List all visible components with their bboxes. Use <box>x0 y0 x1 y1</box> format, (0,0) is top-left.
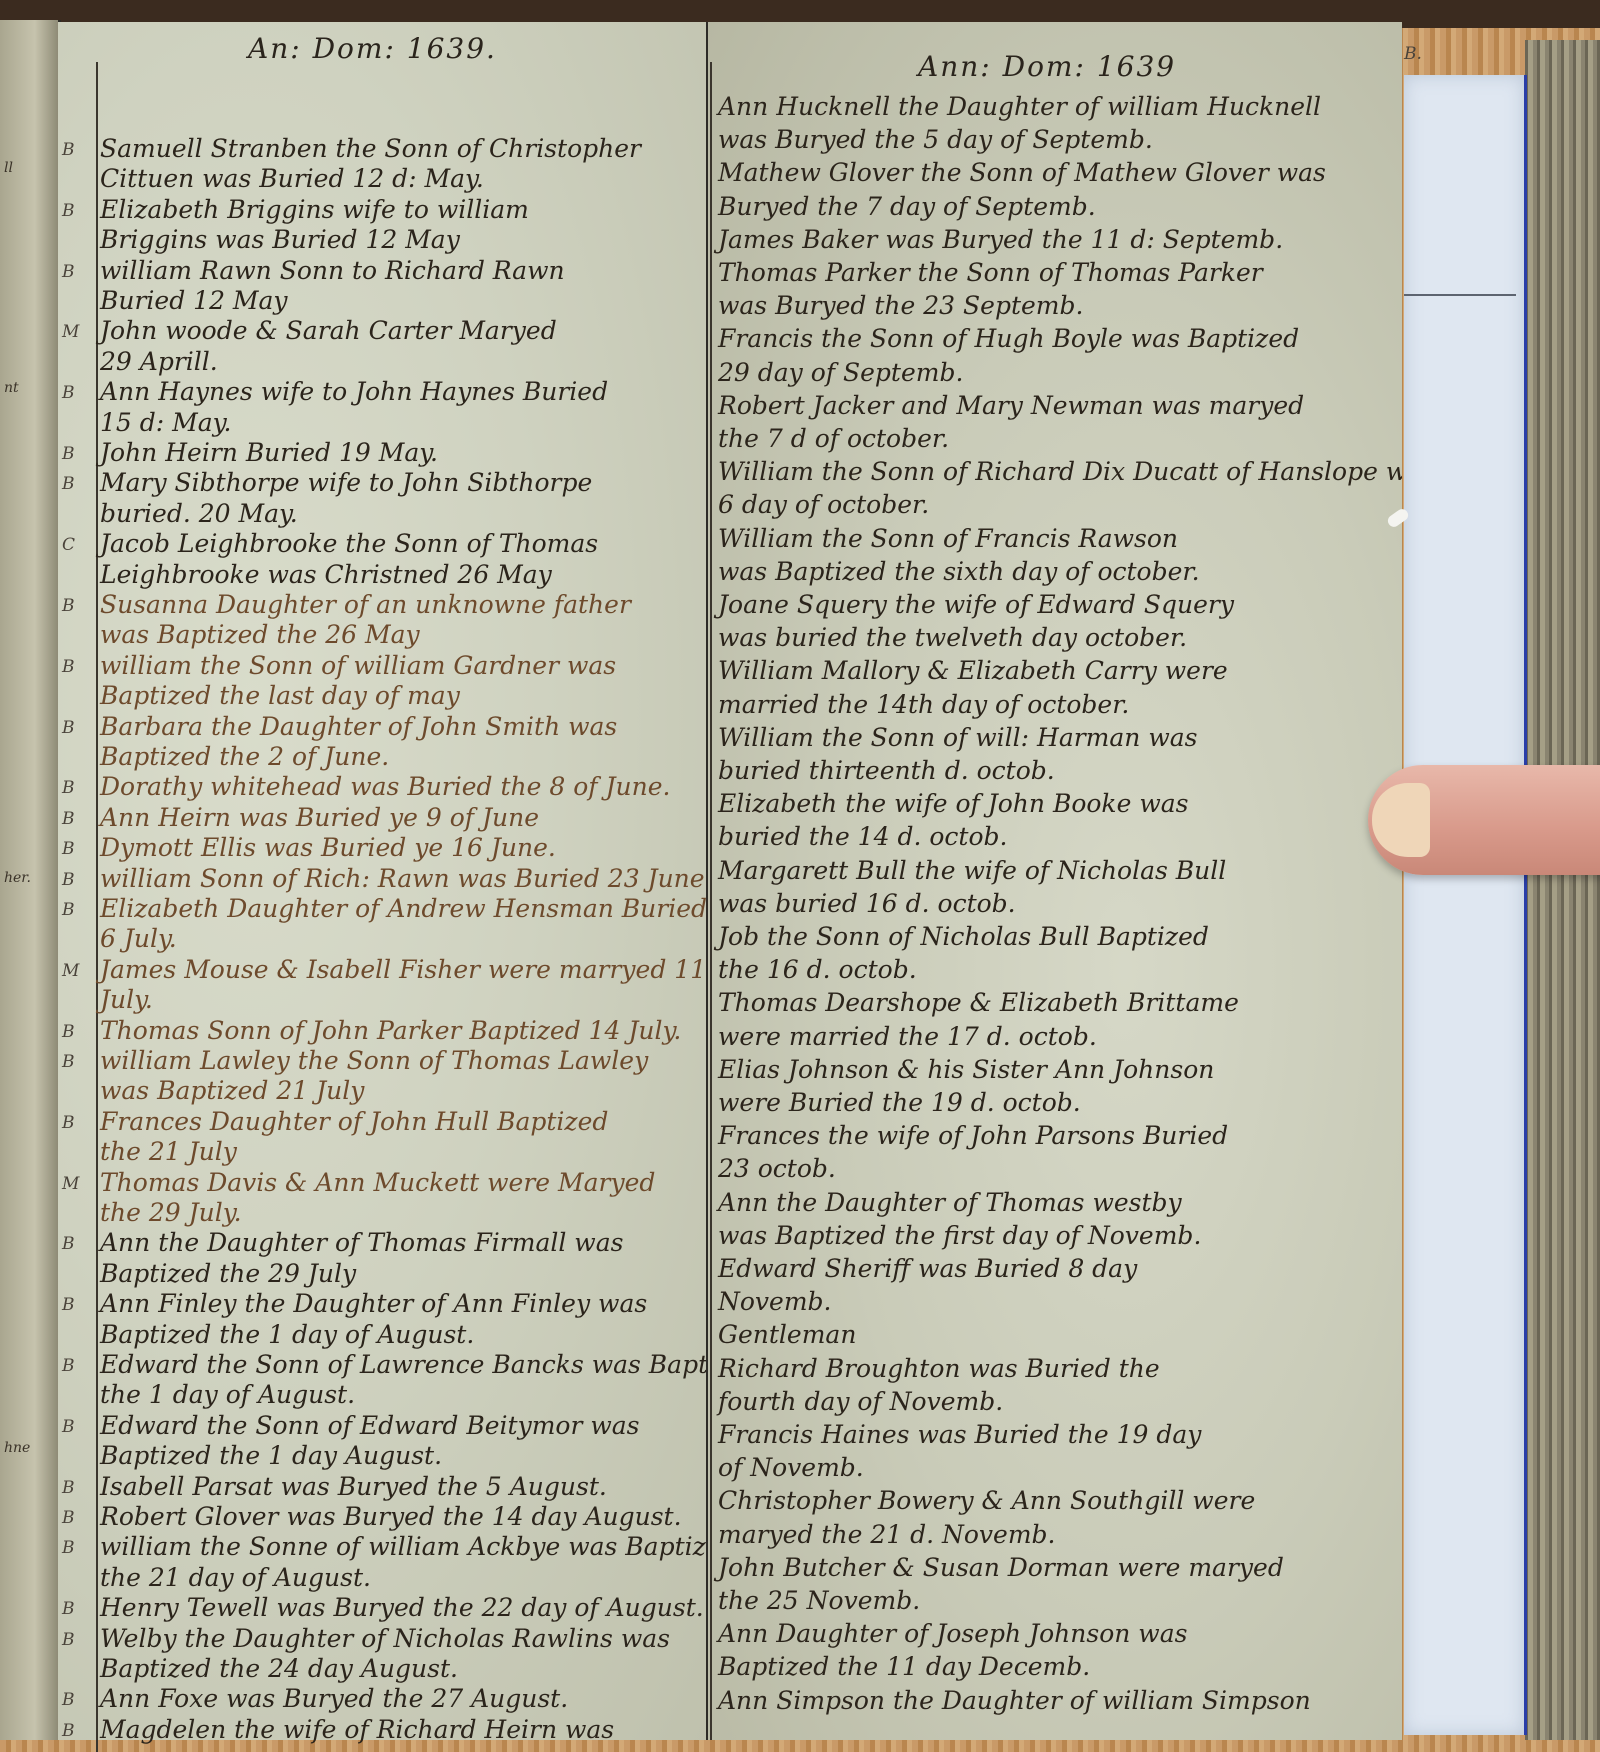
entry-type-mark: B <box>62 140 75 160</box>
entry-type-mark: B <box>62 839 75 859</box>
entry-text: 6 day of october. <box>718 490 929 519</box>
entry-text: Thomas Parker the Sonn of Thomas Parker <box>718 258 1263 287</box>
entry-type-mark: B <box>62 1630 75 1650</box>
entry-text: were married the 17 d. octob. <box>718 1022 1097 1051</box>
entry-text: Ann Foxe was Buryed the 27 August. <box>100 1684 568 1713</box>
entry-text: the 21 July <box>100 1137 237 1166</box>
entry-text: the 16 d. octob. <box>718 955 917 984</box>
entry-text: William Mallory & Elizabeth Carry were <box>718 656 1228 685</box>
entry-text: Thomas Dearshope & Elizabeth Brittame <box>718 988 1239 1017</box>
entry-text: were Buried the 19 d. octob. <box>718 1088 1081 1117</box>
entry-text: Ann the Daughter of Thomas Firmall was <box>100 1228 623 1257</box>
entry-text: Isabell Parsat was Buryed the 5 August. <box>100 1472 607 1501</box>
entry-type-mark: B <box>62 1356 75 1376</box>
previous-page-edge: ll nt her. hne <box>0 20 61 1740</box>
entry-text: Baptized the 2 of June. <box>100 742 389 771</box>
entry-text: of Novemb. <box>718 1453 864 1482</box>
entry-text: 6 July. <box>100 924 177 953</box>
entry-text: married the 14th day of october. <box>718 690 1129 719</box>
entry-text: Buried 12 May <box>100 286 288 315</box>
entry-text: 29 day of Septemb. <box>718 358 963 387</box>
entry-text: Baptized the 11 day Decemb. <box>718 1652 1090 1681</box>
entry-text: Dorathy whitehead was Buried the 8 of Ju… <box>100 772 670 801</box>
entry-text: Barbara the Daughter of John Smith was <box>100 712 617 741</box>
entry-text: Baptized the last day of may <box>100 681 460 710</box>
entry-text: was Baptized the sixth day of october. <box>718 557 1200 586</box>
entry-text: was Baptized 21 July <box>100 1076 364 1105</box>
right-page-header: Ann: Dom: 1639 <box>918 50 1176 83</box>
entry-type-mark: B <box>62 1295 75 1315</box>
entry-type-mark: B <box>62 1690 75 1710</box>
leaf-fragment: ll <box>4 160 13 176</box>
leaf-fragment: hne <box>4 1440 30 1456</box>
entry-text: fourth day of Novemb. <box>718 1387 1003 1416</box>
entry-text: Ann Hucknell the Daughter of william Huc… <box>718 92 1321 121</box>
entry-text: Novemb. <box>718 1287 832 1316</box>
entry-text: was Buryed the 5 day of Septemb. <box>718 125 1153 154</box>
entry-text: maryed the 21 d. Novemb. <box>718 1520 1055 1549</box>
entry-text: Ann Daughter of Joseph Johnson was <box>718 1619 1187 1648</box>
entry-text: Ann Heirn was Buried ye 9 of June <box>100 803 539 832</box>
entry-type-mark: M <box>62 1174 79 1194</box>
right-page: Ann: Dom: 1639 BAnn Hucknell the Daughte… <box>708 22 1402 1740</box>
entry-text: Mary Sibthorpe wife to John Sibthorpe <box>100 468 592 497</box>
entry-text: Baptized the 29 July <box>100 1259 356 1288</box>
entry-text: Thomas Sonn of John Parker Baptized 14 J… <box>100 1016 681 1045</box>
entry-text: Susanna Daughter of an unknowne father <box>100 590 631 619</box>
entry-type-mark: B <box>62 657 75 677</box>
margin-rule <box>96 62 98 1752</box>
entry-text: Christopher Bowery & Ann Southgill were <box>718 1486 1255 1515</box>
fingernail <box>1372 783 1430 857</box>
entry-text: william the Sonn of william Gardner was <box>100 651 616 680</box>
entry-text: Francis the Sonn of Hugh Boyle was Bapti… <box>718 324 1299 353</box>
entry-type-mark: B <box>62 474 75 494</box>
entry-text: Elizabeth the wife of John Booke was <box>718 789 1188 818</box>
entry-type-mark: B <box>62 718 75 738</box>
entry-text: the 25 Novemb. <box>718 1586 920 1615</box>
entry-text: was Baptized the 26 May <box>100 620 420 649</box>
entry-text: buried the 14 d. octob. <box>718 822 1007 851</box>
entry-text: Margarett Bull the wife of Nicholas Bull <box>718 856 1226 885</box>
page-fore-edge <box>1525 40 1600 1740</box>
entry-text: the 7 d of october. <box>718 424 949 453</box>
entry-text: buried thirteenth d. octob. <box>718 756 1055 785</box>
entry-text: Francis Haines was Buried the 19 day <box>718 1420 1201 1449</box>
entry-text: the 29 July. <box>100 1198 242 1227</box>
entry-text: william Lawley the Sonn of Thomas Lawley <box>100 1046 648 1075</box>
entry-type-mark: B <box>62 1508 75 1528</box>
entry-type-mark: B <box>62 1478 75 1498</box>
entry-type-mark: C <box>62 535 75 555</box>
entry-text: Thomas Davis & Ann Muckett were Maryed <box>100 1168 655 1197</box>
entry-type-mark: B <box>62 1721 75 1741</box>
margin-rule <box>710 62 712 1752</box>
entry-text: Frances Daughter of John Hull Baptized <box>100 1107 608 1136</box>
entry-text: July. <box>100 985 153 1014</box>
entry-text: William the Sonn of Francis Rawson <box>718 524 1178 553</box>
entry-text: the 1 day of August. <box>100 1380 355 1409</box>
entry-type-mark: B <box>62 1417 75 1437</box>
left-page: An: Dom: 1639. BSamuell Stranben the Son… <box>58 22 708 1740</box>
entry-text: Samuell Stranben the Sonn of Christopher <box>100 134 641 163</box>
entry-text: was Baptized the first day of Novemb. <box>718 1221 1201 1250</box>
entry-type-mark: B <box>62 1022 75 1042</box>
entry-text: the 21 day of August. <box>100 1563 371 1592</box>
entry-text: Gentleman <box>718 1320 856 1349</box>
entry-text: James Baker was Buryed the 11 d: Septemb… <box>718 225 1283 254</box>
entry-text: Jacob Leighbrooke the Sonn of Thomas <box>100 529 598 558</box>
entry-text: Welby the Daughter of Nicholas Rawlins w… <box>100 1624 670 1653</box>
leaf-fragment: nt <box>4 380 19 396</box>
margin-mark: B. <box>1404 44 1422 64</box>
pointing-finger <box>1368 765 1600 875</box>
entry-text: John woode & Sarah Carter Maryed <box>100 316 557 345</box>
entry-text: Baptized the 1 day of August. <box>100 1320 474 1349</box>
entry-text: John Heirn Buried 19 May. <box>100 438 438 467</box>
entry-text: Elizabeth Daughter of Andrew Hensman Bur… <box>100 894 707 923</box>
entry-type-mark: B <box>62 778 75 798</box>
entry-text: Elizabeth Briggins wife to william <box>100 195 529 224</box>
entry-text: william Rawn Sonn to Richard Rawn <box>100 256 565 285</box>
entry-text: Baptized the 24 day August. <box>100 1654 458 1683</box>
entry-text: Frances the wife of John Parsons Buried <box>718 1121 1228 1150</box>
entry-text: 23 octob. <box>718 1154 836 1183</box>
entry-text: was Buryed the 23 Septemb. <box>718 291 1083 320</box>
entry-text: Baptized the 1 day August. <box>100 1441 442 1470</box>
entry-text: Richard Broughton was Buried the <box>718 1354 1160 1383</box>
left-page-header: An: Dom: 1639. <box>248 32 497 65</box>
entry-text: Ann Haynes wife to John Haynes Buried <box>100 377 608 406</box>
entry-text: 29 Aprill. <box>100 347 218 376</box>
entry-text: william the Sonne of william Ackbye was … <box>100 1532 737 1561</box>
entry-type-mark: B <box>62 444 75 464</box>
entry-text: Joane Squery the wife of Edward Squery <box>718 590 1234 619</box>
entry-text: Henry Tewell was Buryed the 22 day of Au… <box>100 1593 704 1622</box>
entry-text: Edward Sheriff was Buried 8 day <box>718 1254 1137 1283</box>
entry-text: Robert Glover was Buryed the 14 day Augu… <box>100 1502 682 1531</box>
entry-text: John Butcher & Susan Dorman were maryed <box>718 1553 1284 1582</box>
paper-bookmark-slip <box>1404 75 1527 1735</box>
entry-type-mark: B <box>62 870 75 890</box>
entry-type-mark: B <box>62 383 75 403</box>
entry-text: James Mouse & Isabell Fisher were marrye… <box>100 955 706 984</box>
entry-type-mark: B <box>62 1113 75 1133</box>
entry-text: Elias Johnson & his Sister Ann Johnson <box>718 1055 1214 1084</box>
entry-type-mark: B <box>62 201 75 221</box>
entry-text: buried. 20 May. <box>100 499 298 528</box>
entry-type-mark: B <box>62 809 75 829</box>
entry-text: Mathew Glover the Sonn of Mathew Glover … <box>718 158 1326 187</box>
entry-text: Job the Sonn of Nicholas Bull Baptized <box>718 922 1209 951</box>
entry-text: Ann the Daughter of Thomas westby <box>718 1188 1182 1217</box>
entry-text: Briggins was Buried 12 May <box>100 225 460 254</box>
entry-type-mark: M <box>62 961 79 981</box>
entry-type-mark: M <box>62 322 79 342</box>
entry-type-mark: B <box>62 1599 75 1619</box>
entry-type-mark: B <box>62 1234 75 1254</box>
entry-type-mark: B <box>62 1538 75 1558</box>
entry-text: Buryed the 7 day of Septemb. <box>718 192 1096 221</box>
entry-text: Leighbrooke was Christned 26 May <box>100 560 552 589</box>
entry-text: Dymott Ellis was Buried ye 16 June. <box>100 833 556 862</box>
entry-text: was buried 16 d. octob. <box>718 889 1016 918</box>
entry-text: Cittuen was Buried 12 d: May. <box>100 164 484 193</box>
leaf-fragment: her. <box>4 870 31 886</box>
entry-text: 15 d: May. <box>100 408 231 437</box>
entry-text: Robert Jacker and Mary Newman was maryed <box>718 391 1304 420</box>
bookmark-fold-line <box>1404 294 1516 296</box>
entry-text: Edward the Sonn of Lawrence Bancks was B… <box>100 1350 760 1379</box>
entry-type-mark: B <box>62 900 75 920</box>
entry-type-mark: B <box>62 596 75 616</box>
entry-text: william Sonn of Rich: Rawn was Buried 23… <box>100 864 705 893</box>
entry-text: Magdelen the wife of Richard Heirn was <box>100 1715 614 1744</box>
entry-text: Edward the Sonn of Edward Beitymor was <box>100 1411 640 1440</box>
entry-text: Ann Finley the Daughter of Ann Finley wa… <box>100 1289 647 1318</box>
entry-type-mark: B <box>62 262 75 282</box>
entry-text: Ann Simpson the Daughter of william Simp… <box>718 1686 1311 1715</box>
entry-type-mark: B <box>62 1052 75 1072</box>
entry-text: was buried the twelveth day october. <box>718 623 1187 652</box>
entry-text: William the Sonn of will: Harman was <box>718 723 1197 752</box>
